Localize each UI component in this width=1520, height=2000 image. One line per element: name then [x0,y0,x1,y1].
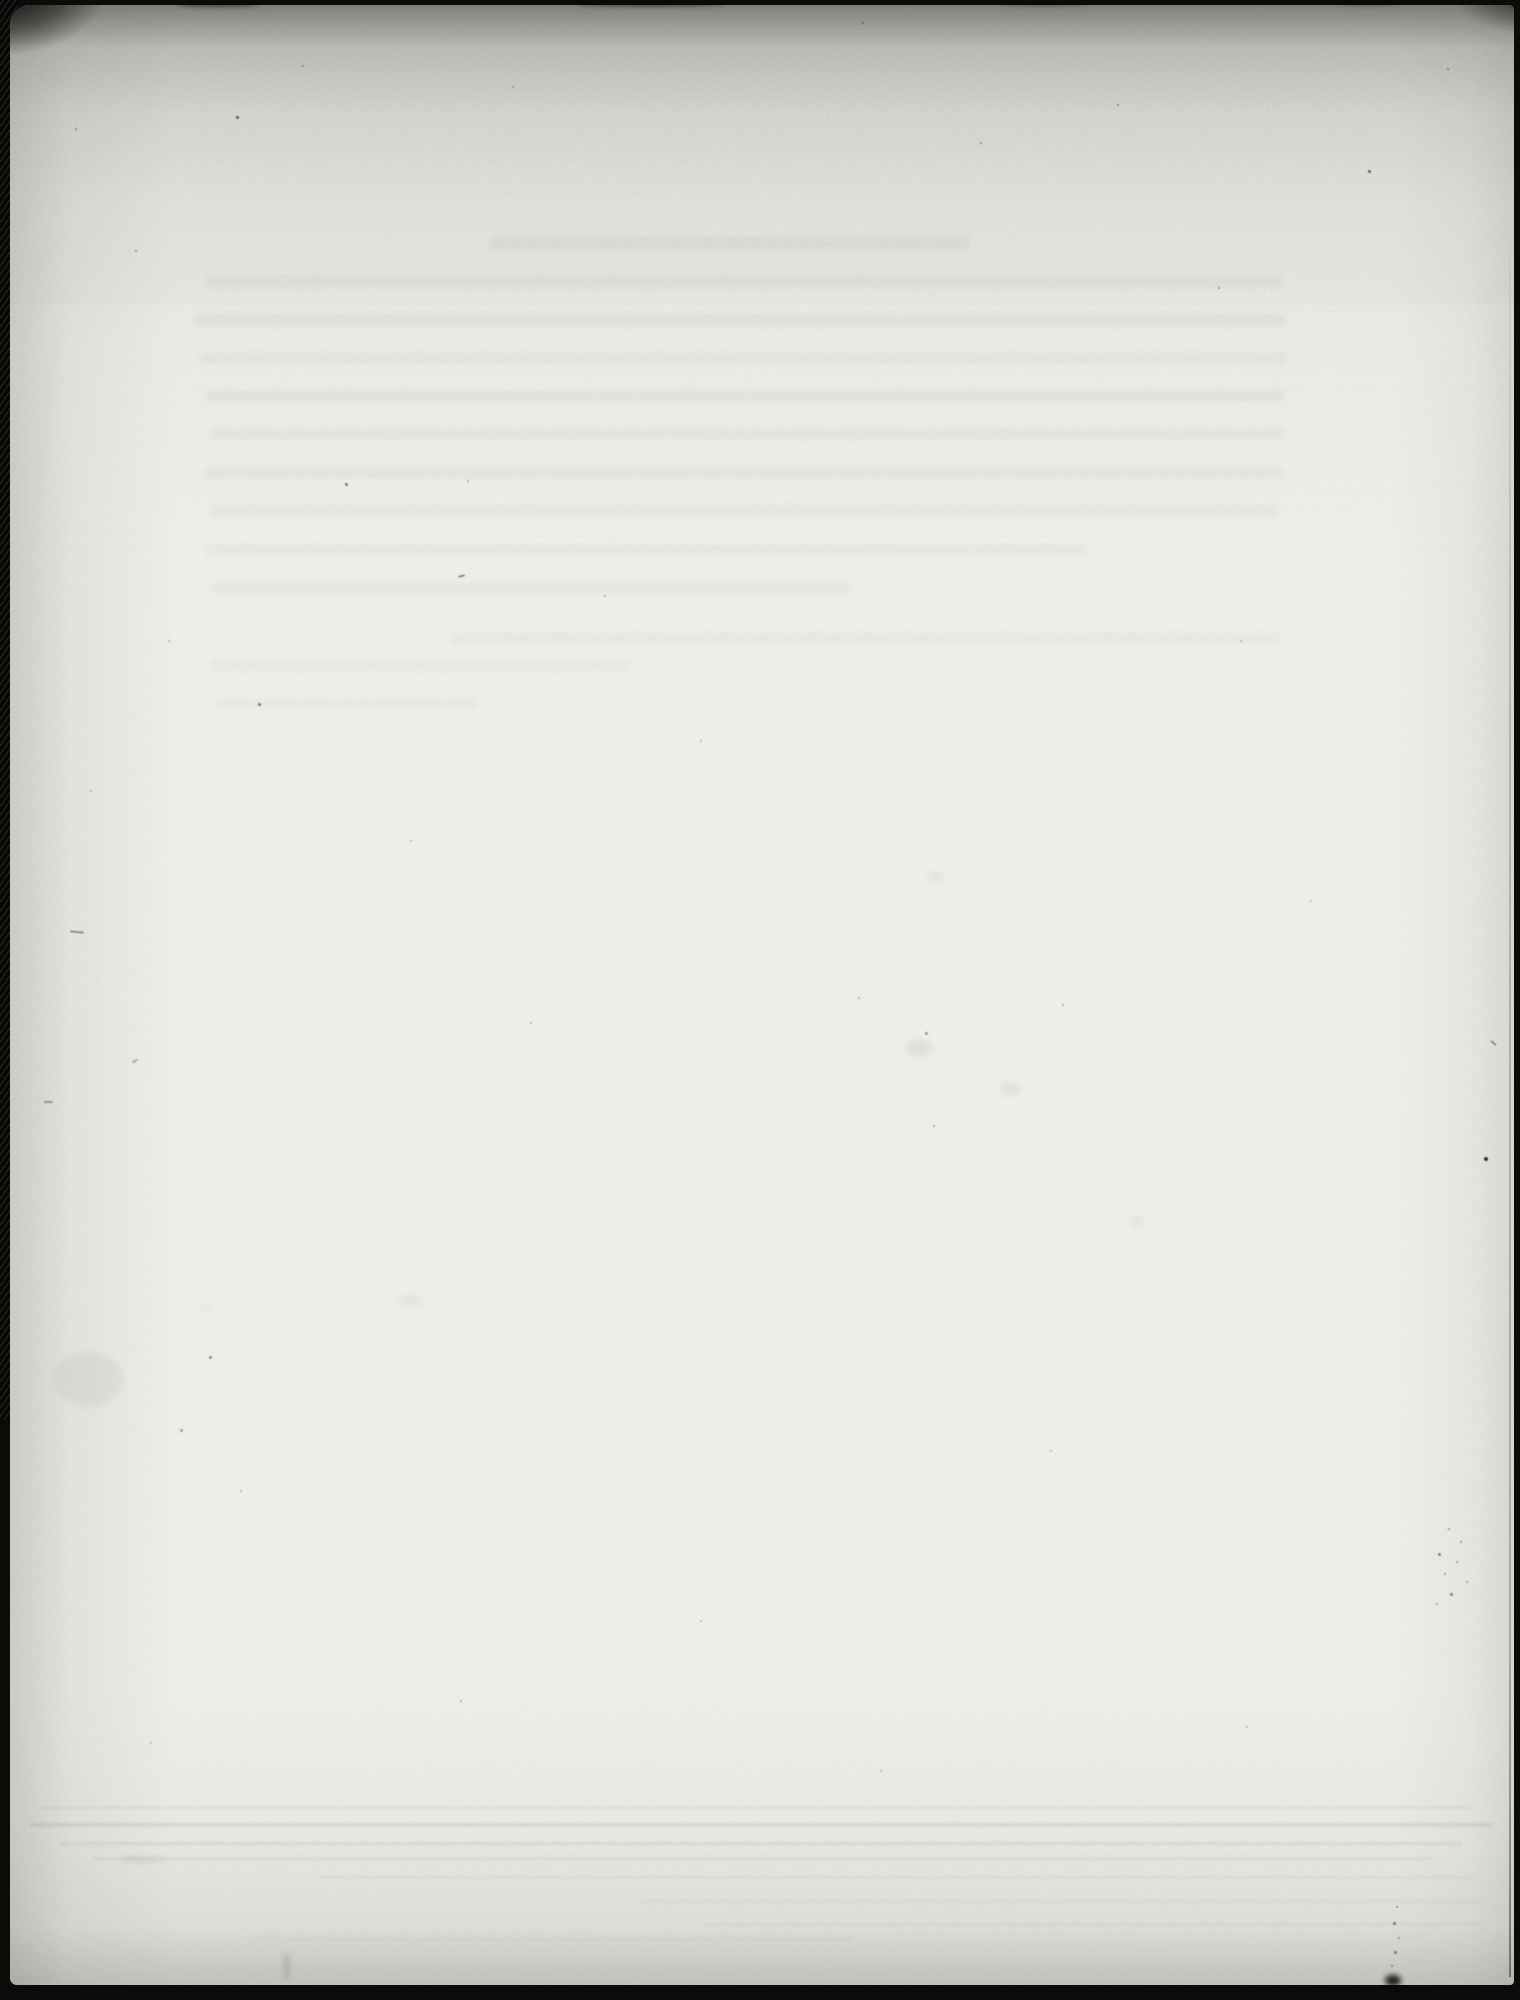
paper-speck-smudge [995,0,1090,4]
scanned-page [0,0,1520,2000]
page-edge-crease [1509,245,1511,1977]
paper-speck-smudge [1335,0,1400,4]
page [10,5,1514,1985]
